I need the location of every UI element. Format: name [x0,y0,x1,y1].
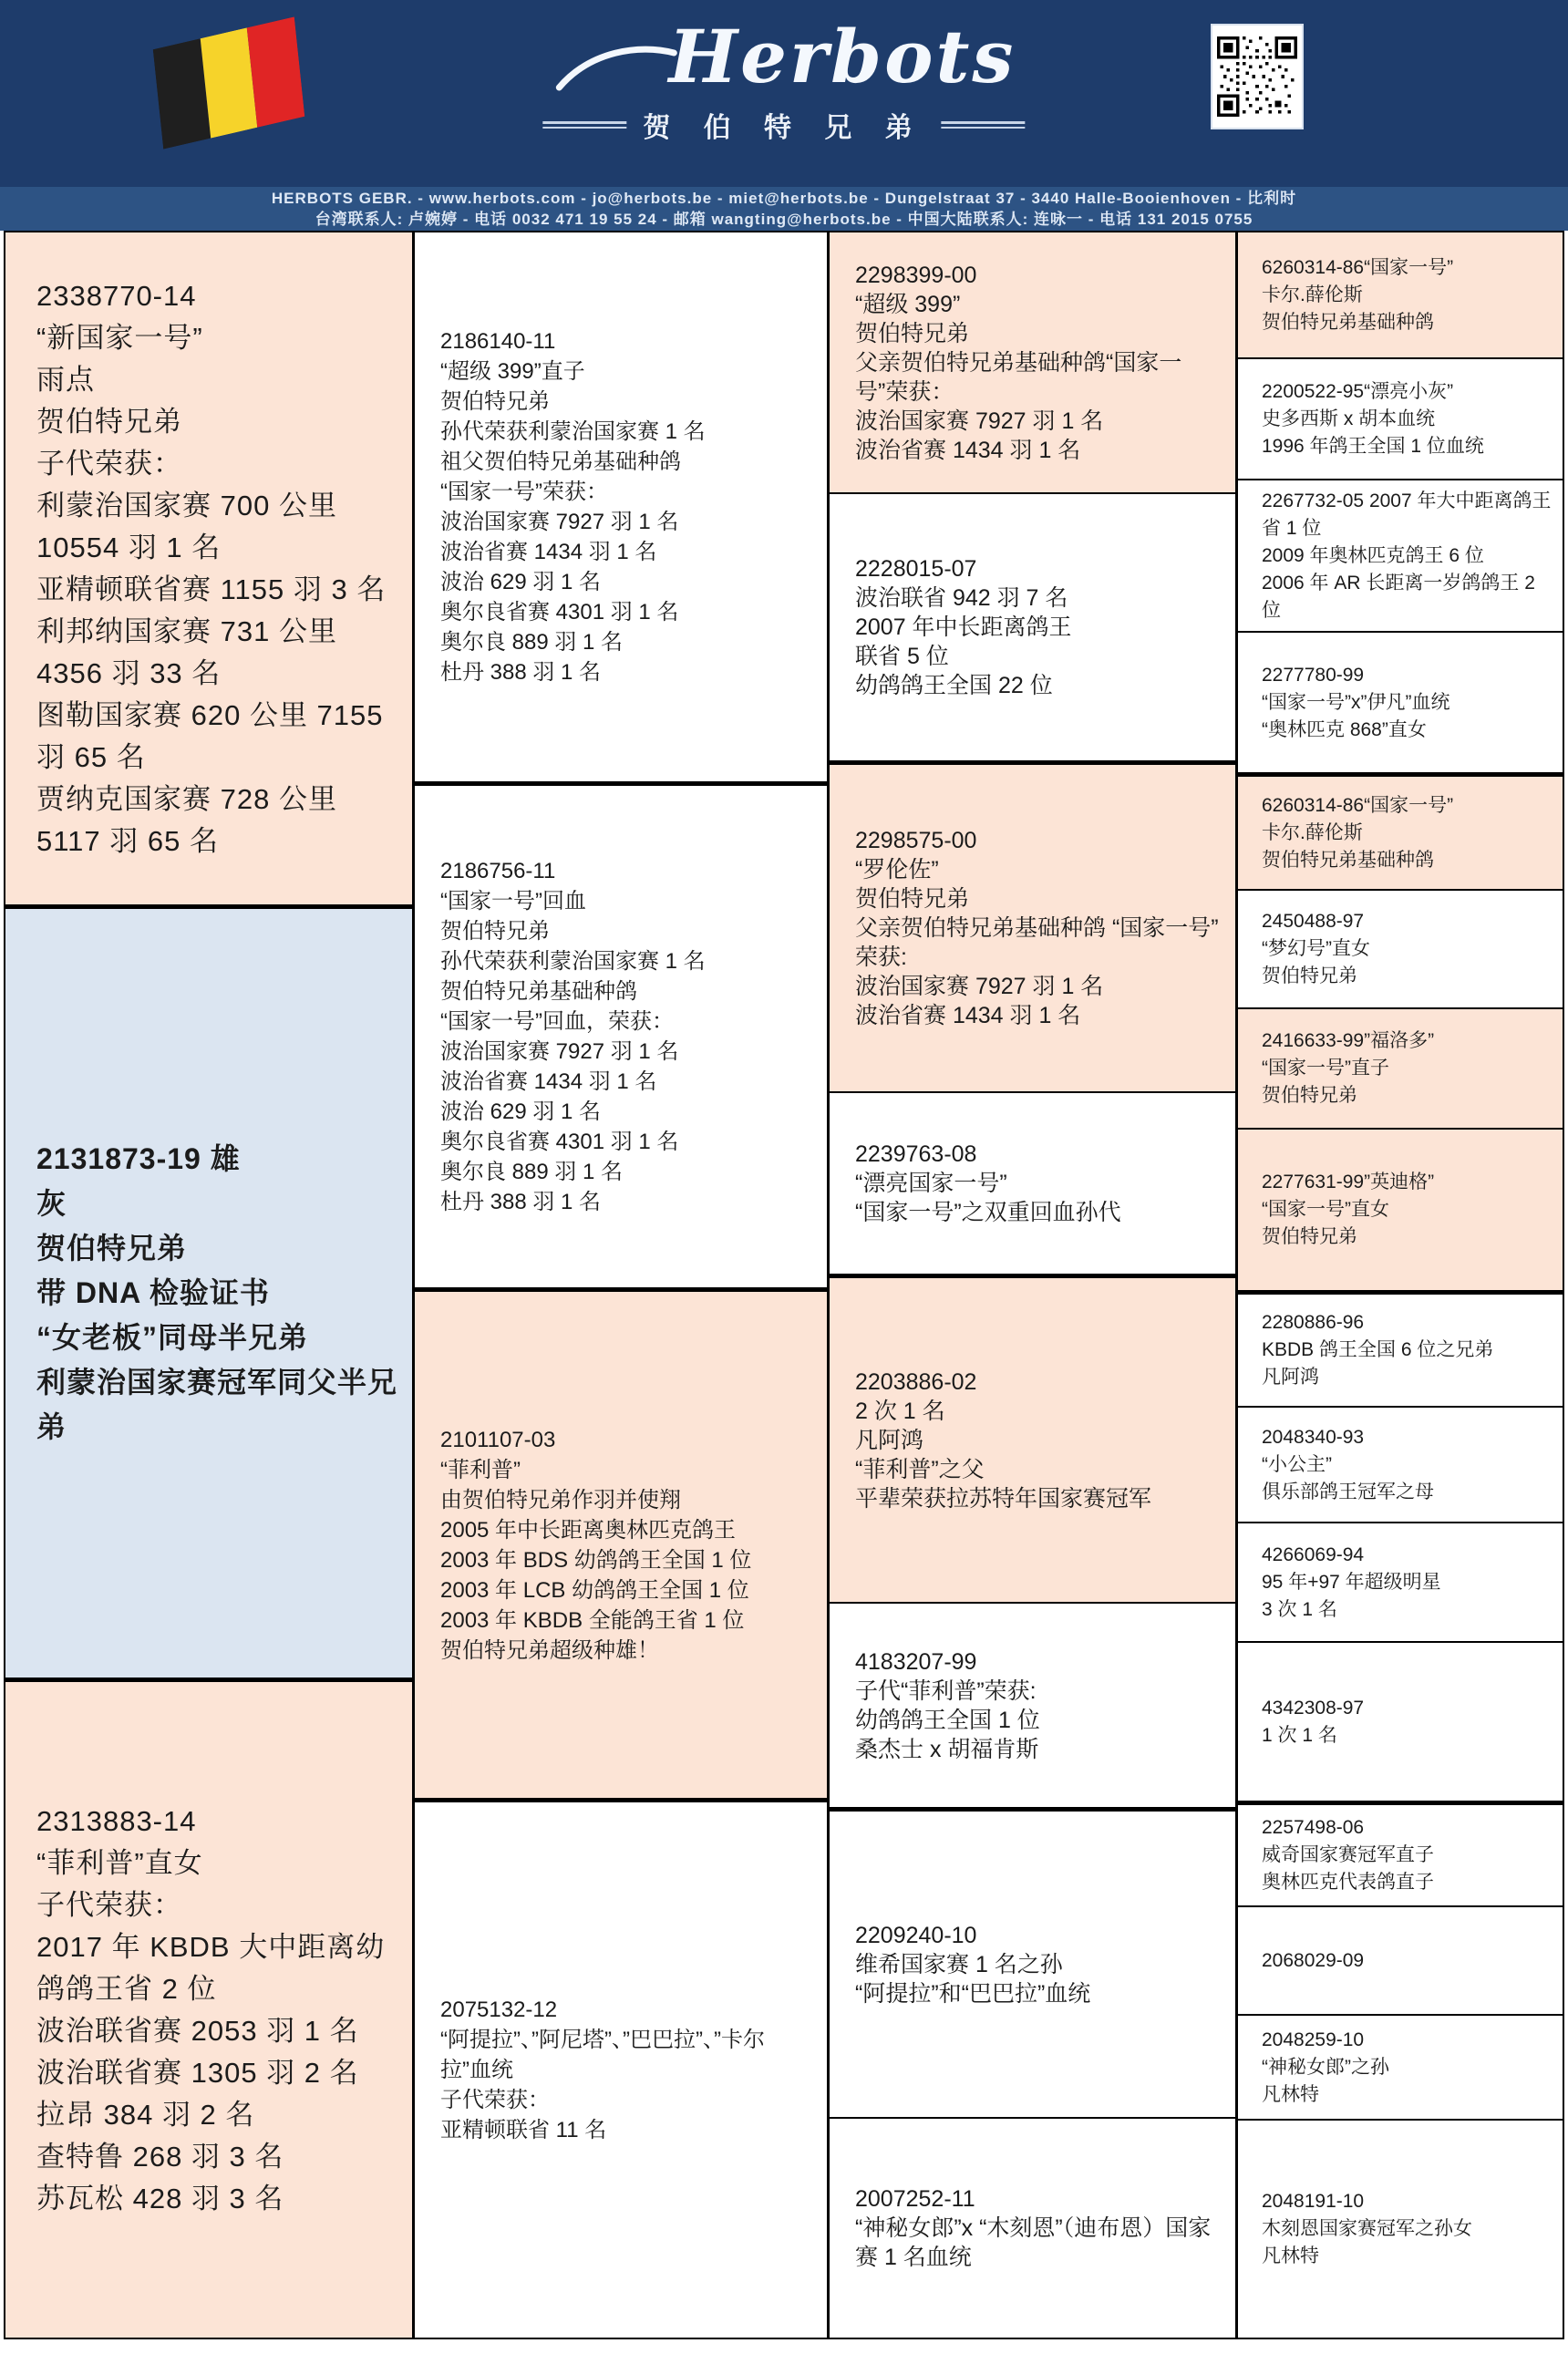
pedigree-text-line: “超级 399” [855,290,1224,319]
pedigree-text-line: 2068029-09 [1262,1947,1553,1975]
pedigree-cell: 2068029-09 [1238,1905,1563,2014]
pedigree-text-line: 2450488-97 [1262,908,1553,935]
pedigree-text-line: 波治联省 942 羽 7 名 [855,583,1224,613]
pedigree-cell: 4266069-9495 年+97 年超级明星3 次 1 名 [1238,1522,1563,1641]
pedigree-text-line: 利蒙治国家赛冠军同父半兄弟 [36,1360,399,1450]
belgium-flag-icon [153,16,305,149]
pedigree-text-line: 2280886-96 [1262,1309,1553,1337]
pedigree-cell: 2450488-97“梦幻号”直女贺伯特兄弟 [1238,889,1563,1007]
pedigree-text-line: 2267732-05 2007 年大中距离鸽王省 1 位 [1262,488,1553,542]
pedigree-text-line: 6260314-86“国家一号” [1262,254,1553,282]
pedigree-text-line: 奥尔良 889 羽 1 名 [440,627,814,657]
pedigree-text-line: 2239763-08 [855,1140,1224,1169]
pedigree-text-line: 贺伯特兄弟 [1262,1082,1553,1110]
pedigree-text-line: 奥尔良省赛 4301 羽 1 名 [440,1127,814,1157]
pedigree-text-line: 波治国家赛 7927 羽 1 名 [855,407,1224,436]
pedigree-text-line: 凡林特 [1262,2081,1553,2109]
pedigree-text-line: 贺伯特兄弟基础种鸽 [1262,847,1553,874]
qr-code-icon [1211,24,1304,129]
pedigree-text-line: 桑杰士 x 胡福肯斯 [855,1735,1224,1764]
pedigree-text-line: 卡尔.薛伦斯 [1262,820,1553,847]
pedigree-text-line: 查特鲁 268 羽 3 名 [36,2136,399,2178]
pedigree-text-line: 贺伯特兄弟 [440,387,814,417]
pedigree-text-line: 子代“菲利普”荣获: [855,1677,1224,1706]
pedigree-cell: 2200522-95“漂亮小灰”史多西斯 x 胡本血统1996 年鸽王全国 1 … [1238,357,1563,479]
pedigree-text-line: 奥尔良 889 羽 1 名 [440,1157,814,1187]
pedigree-text-line: 3 次 1 名 [1262,1596,1553,1624]
pedigree-cell: 6260314-86“国家一号”卡尔.薛伦斯贺伯特兄弟基础种鸽 [1238,232,1563,357]
pedigree-text-line: 亚精顿联省赛 1155 羽 3 名 [36,569,399,611]
pedigree-text-line: 贺伯特兄弟 [855,884,1224,914]
pedigree-text-line: 子代荣获： [36,443,399,485]
pedigree-text-line: “国家一号”回血，荣获： [440,1007,814,1037]
pedigree-table: 2338770-14“新国家一号”雨点贺伯特兄弟子代荣获：利蒙治国家赛 700 … [4,231,1564,2339]
pedigree-text-line: 幼鸽鸽王全国 22 位 [855,671,1224,700]
pedigree-cell: 2186756-11“国家一号”回血贺伯特兄弟孙代荣获利蒙治国家赛 1 名贺伯特… [415,781,827,1287]
pedigree-text-line: 95 年+97 年超级明星 [1262,1569,1553,1596]
pedigree-text-line: “菲利普” [440,1455,814,1485]
pedigree-text-line: 波治省赛 1434 羽 1 名 [440,1067,814,1097]
pedigree-text-line: “新国家一号” [36,317,399,359]
pedigree-text-line: “梦幻号”直女 [1262,935,1553,963]
pedigree-text-line: “国家一号”回血 [440,886,814,916]
pedigree-text-line: 凡阿鸿 [1262,1364,1553,1391]
logo-rule-right [942,121,1026,129]
pedigree-cell: 6260314-86“国家一号”卡尔.薛伦斯贺伯特兄弟基础种鸽 [1238,772,1563,889]
pedigree-text-line: KBDB 鸽王全国 6 位之兄弟 [1262,1337,1553,1364]
pedigree-text-line: 2298399-00 [855,261,1224,290]
contact-band: HERBOTS GEBR. - www.herbots.com - jo@her… [0,187,1568,231]
pedigree-text-line: 卡尔.薛伦斯 [1262,282,1553,309]
pedigree-cell: 2239763-08“漂亮国家一号”“国家一号”之双重回血孙代 [830,1091,1235,1274]
pedigree-text-line: 2003 年 KBDB 全能鸽王省 1 位 [440,1605,814,1636]
pedigree-text-line: 木刻恩国家赛冠军之孙女 [1262,2215,1553,2243]
pedigree-text-line: 波治省赛 1434 羽 1 名 [855,1001,1224,1030]
pedigree-text-line: 波治省赛 1434 羽 1 名 [855,436,1224,465]
pedigree-cell: 2277780-99“国家一号”x”伊凡”血统“奥林匹克 868”直女 [1238,631,1563,772]
pedigree-cell: 2075132-12“阿提拉”、”阿尼塔”、”巴巴拉”、”卡尔拉”血统子代荣获：… [415,1798,827,2338]
pedigree-text-line: 由贺伯特兄弟作羽并使翔 [440,1485,814,1515]
pedigree-text-line: 2005 年中长距离奥林匹克鸽王 [440,1515,814,1545]
pedigree-text-line: 贺伯特兄弟 [1262,1223,1553,1251]
pedigree-text-line: 杜丹 388 羽 1 名 [440,1187,814,1217]
pedigree-text-line: 威奇国家赛冠军直子 [1262,1842,1553,1869]
pedigree-text-line: 2186140-11 [440,326,814,356]
pedigree-text-line: 波治联省赛 1305 羽 2 名 [36,2052,399,2094]
pedigree-text-line: 2101107-03 [440,1425,814,1455]
pedigree-cell: 4183207-99子代“菲利普”荣获:幼鸽鸽王全国 1 位桑杰士 x 胡福肯斯 [830,1602,1235,1807]
pedigree-cell: 2203886-022 次 1 名凡阿鸿“菲利普”之父平辈荣获拉苏特年国家赛冠军 [830,1274,1235,1602]
pedigree-text-line: “奥林匹克 868”直女 [1262,717,1553,744]
pedigree-text-line: 波治省赛 1434 羽 1 名 [440,537,814,567]
pedigree-text-line: “国家一号”x”伊凡”血统 [1262,689,1553,717]
pedigree-text-line: 2298575-00 [855,826,1224,855]
pedigree-text-line: “神秘女郎”x “木刻恩”（迪布恩）国家赛 1 名血统 [855,2214,1224,2272]
pedigree-text-line: “漂亮国家一号” [855,1169,1224,1198]
pedigree-text-line: 1 次 1 名 [1262,1722,1553,1750]
pedigree-text-line: 凡林特 [1262,2243,1553,2270]
subject-bird-cell: 2131873-19 雄灰贺伯特兄弟带 DNA 检验证书“女老板”同母半兄弟利蒙… [5,904,412,1678]
pedigree-text-line: 杜丹 388 羽 1 名 [440,657,814,687]
pedigree-text-line: 2131873-19 雄 [36,1137,399,1182]
pedigree-text-line: 6260314-86“国家一号” [1262,792,1553,820]
pedigree-cell: 2048259-10“神秘女郎”之孙凡林特 [1238,2014,1563,2119]
pedigree-cell: 2228015-07波治联省 942 羽 7 名2007 年中长距离鸽王联省 5… [830,492,1235,760]
pedigree-text-line: 2003 年 BDS 幼鸽鸽王全国 1 位 [440,1545,814,1575]
pedigree-text-line: 父亲贺伯特兄弟基础种鸽 “国家一号” 荣获: [855,914,1224,972]
pedigree-text-line: 贺伯特兄弟 [855,319,1224,348]
pedigree-cell: 2416633-99”福洛多”“国家一号”直子贺伯特兄弟 [1238,1007,1563,1128]
pedigree-text-line: 2048259-10 [1262,2027,1553,2054]
pedigree-text-line: 2017 年 KBDB 大中距离幼鸽鸽王省 2 位 [36,1926,399,2010]
pedigree-cell: 2209240-10维希国家赛 1 名之孙“阿提拉”和“巴巴拉”血统 [830,1807,1235,2117]
pedigree-text-line: 4266069-94 [1262,1542,1553,1569]
pedigree-text-line: “小公主” [1262,1451,1553,1479]
pedigree-text-line: 带 DNA 检验证书 [36,1271,399,1316]
pedigree-text-line: 2277631-99”英迪格” [1262,1169,1553,1196]
pedigree-text-line: 2007 年中长距离鸽王 [855,613,1224,642]
pedigree-text-line: “女老板”同母半兄弟 [36,1316,399,1360]
contact-line-1: HERBOTS GEBR. - www.herbots.com - jo@her… [272,190,1296,208]
pedigree-text-line: 祖父贺伯特兄弟基础种鸽 [440,447,814,477]
header-banner: Herbots 贺 伯 特 兄 弟 [0,0,1568,187]
pedigree-text-line: 父亲贺伯特兄弟基础种鸽“国家一号”荣获： [855,348,1224,407]
pedigree-text-line: 贺伯特兄弟 [1262,963,1553,990]
pedigree-cell: 2298399-00“超级 399”贺伯特兄弟父亲贺伯特兄弟基础种鸽“国家一号”… [830,232,1235,492]
pedigree-text-line: 2007252-11 [855,2184,1224,2214]
pedigree-text-line: 2313883-14 [36,1801,399,1843]
pedigree-text-line: 2186756-11 [440,856,814,886]
pedigree-text-line: “阿提拉”和“巴巴拉”血统 [855,1979,1224,2008]
pedigree-text-line: 平辈荣获拉苏特年国家赛冠军 [855,1484,1224,1513]
pedigree-text-line: 贺伯特兄弟 [36,401,399,443]
pedigree-cell: 2257498-06威奇国家赛冠军直子奥林匹克代表鸽直子 [1238,1801,1563,1905]
pedigree-text-line: 苏瓦松 428 羽 3 名 [36,2178,399,2220]
pedigree-text-line: 贺伯特兄弟 [440,916,814,946]
pedigree-text-line: 雨点 [36,359,399,401]
pedigree-text-line: “神秘女郎”之孙 [1262,2054,1553,2081]
pedigree-text-line: “国家一号”直女 [1262,1196,1553,1223]
pedigree-text-line: 孙代荣获利蒙治国家赛 1 名 [440,946,814,976]
pedigree-text-line: 贺伯特兄弟超级种雄！ [440,1636,814,1666]
pedigree-text-line: 俱乐部鸽王冠军之母 [1262,1479,1553,1506]
generation-column-great-grandparents: 2298399-00“超级 399”贺伯特兄弟父亲贺伯特兄弟基础种鸽“国家一号”… [827,232,1235,2338]
pedigree-cell: 2048191-10木刻恩国家赛冠军之孙女凡林特 [1238,2119,1563,2338]
pedigree-text-line: “菲利普”直女 [36,1843,399,1884]
pedigree-text-line: 2416633-99”福洛多” [1262,1027,1553,1055]
pedigree-text-line: 孙代荣获利蒙治国家赛 1 名 [440,417,814,447]
pedigree-text-line: 2338770-14 [36,275,399,317]
generation-column-subject-and-parents: 2338770-14“新国家一号”雨点贺伯特兄弟子代荣获：利蒙治国家赛 700 … [5,232,412,2338]
pedigree-text-line: “国家一号”荣获： [440,477,814,507]
pedigree-page: Herbots 贺 伯 特 兄 弟 [0,0,1568,2364]
generation-column-great-great-grandparents: 6260314-86“国家一号”卡尔.薛伦斯贺伯特兄弟基础种鸽2200522-9… [1235,232,1563,2338]
pedigree-text-line: 幼鸽鸽王全国 1 位 [855,1706,1224,1735]
brand-chinese: 贺 伯 特 兄 弟 [643,105,924,145]
pedigree-cell: 2267732-05 2007 年大中距离鸽王省 1 位2009 年奥林匹克鸽王… [1238,479,1563,631]
pedigree-text-line: 亚精顿联省 11 名 [440,2115,814,2145]
pedigree-text-line: 奥尔良省赛 4301 羽 1 名 [440,597,814,627]
pedigree-text-line: 波治 629 羽 1 名 [440,1097,814,1127]
pedigree-text-line: 凡阿鸿 [855,1426,1224,1455]
pedigree-text-line: 4183207-99 [855,1647,1224,1677]
pedigree-text-line: 2048191-10 [1262,2188,1553,2215]
pedigree-text-line: 2006 年 AR 长距离一岁鸽鸽王 2 位 [1262,570,1553,625]
pedigree-text-line: 2209240-10 [855,1921,1224,1950]
pedigree-text-line: 子代荣获： [36,1884,399,1926]
pedigree-cell: 2313883-14“菲利普”直女子代荣获：2017 年 KBDB 大中距离幼鸽… [5,1678,412,2338]
pedigree-text-line: 1996 年鸽王全国 1 位血统 [1262,433,1553,460]
pedigree-text-line: 利蒙治国家赛 700 公里 10554 羽 1 名 [36,485,399,569]
pedigree-text-line: 2075132-12 [440,1995,814,2025]
pedigree-text-line: 波治联省赛 2053 羽 1 名 [36,2010,399,2052]
pedigree-text-line: 贺伯特兄弟基础种鸽 [1262,309,1553,336]
generation-column-grandparents: 2186140-11“超级 399”直子贺伯特兄弟孙代荣获利蒙治国家赛 1 名祖… [412,232,827,2338]
pedigree-cell: 2338770-14“新国家一号”雨点贺伯特兄弟子代荣获：利蒙治国家赛 700 … [5,232,412,904]
pedigree-text-line: “菲利普”之父 [855,1455,1224,1484]
logo-rule-left [542,121,626,129]
pedigree-text-line: 2257498-06 [1262,1814,1553,1842]
pedigree-text-line: 贺伯特兄弟 [36,1226,399,1271]
pedigree-text-line: 2277780-99 [1262,662,1553,689]
pedigree-text-line: 波治国家赛 7927 羽 1 名 [440,507,814,537]
pedigree-text-line: 2048340-93 [1262,1424,1553,1451]
pedigree-text-line: 4342308-97 [1262,1695,1553,1722]
brand-wordmark: Herbots [669,15,1016,98]
pedigree-text-line: 2009 年奥林匹克鸽王 6 位 [1262,542,1553,570]
herbots-logo: Herbots 贺 伯 特 兄 弟 [542,9,1025,145]
pedigree-text-line: 维希国家赛 1 名之孙 [855,1950,1224,1979]
pedigree-text-line: “国家一号”直子 [1262,1055,1553,1082]
pedigree-text-line: 波治国家赛 7927 羽 1 名 [440,1037,814,1067]
pedigree-text-line: 波治国家赛 7927 羽 1 名 [855,972,1224,1001]
pedigree-text-line: “国家一号”之双重回血孙代 [855,1198,1224,1227]
pedigree-text-line: 贾纳克国家赛 728 公里 5117 羽 65 名 [36,779,399,862]
pedigree-text-line: 2228015-07 [855,554,1224,583]
contact-line-2: 台湾联系人: 卢婉婷 - 电话 0032 471 19 55 24 - 邮箱 w… [315,211,1253,229]
pedigree-text-line: 灰 [36,1182,399,1226]
pedigree-text-line: 波治 629 羽 1 名 [440,567,814,597]
pedigree-cell: 2298575-00“罗伦佐”贺伯特兄弟父亲贺伯特兄弟基础种鸽 “国家一号” 荣… [830,760,1235,1091]
pedigree-text-line: 拉昂 384 羽 2 名 [36,2094,399,2136]
pedigree-text-line: 2200522-95“漂亮小灰” [1262,378,1553,406]
pedigree-cell: 2280886-96KBDB 鸽王全国 6 位之兄弟凡阿鸿 [1238,1290,1563,1406]
pedigree-text-line: “罗伦佐” [855,855,1224,884]
pedigree-text-line: 子代荣获： [440,2085,814,2115]
pedigree-text-line: 2003 年 LCB 幼鸽鸽王全国 1 位 [440,1575,814,1605]
pedigree-text-line: “阿提拉”、”阿尼塔”、”巴巴拉”、”卡尔拉”血统 [440,2025,814,2085]
pedigree-text-line: 贺伯特兄弟基础种鸽 [440,976,814,1007]
pedigree-text-line: 利邦纳国家赛 731 公里 4356 羽 33 名 [36,611,399,695]
pedigree-text-line: 2 次 1 名 [855,1397,1224,1426]
pedigree-cell: 2007252-11“神秘女郎”x “木刻恩”（迪布恩）国家赛 1 名血统 [830,2117,1235,2338]
pedigree-cell: 2101107-03“菲利普”由贺伯特兄弟作羽并使翔2005 年中长距离奥林匹克… [415,1287,827,1798]
pedigree-cell: 2277631-99”英迪格”“国家一号”直女贺伯特兄弟 [1238,1128,1563,1290]
pedigree-text-line: 史多西斯 x 胡本血统 [1262,406,1553,433]
logo-swoosh-icon [552,40,680,103]
pedigree-text-line: 图勒国家赛 620 公里 7155 羽 65 名 [36,695,399,779]
pedigree-text-line: “超级 399”直子 [440,356,814,387]
pedigree-cell: 2048340-93“小公主”俱乐部鸽王冠军之母 [1238,1406,1563,1522]
pedigree-text-line: 联省 5 位 [855,642,1224,671]
pedigree-cell: 2186140-11“超级 399”直子贺伯特兄弟孙代荣获利蒙治国家赛 1 名祖… [415,232,827,781]
pedigree-text-line: 2203886-02 [855,1368,1224,1397]
pedigree-text-line: 奥林匹克代表鸽直子 [1262,1869,1553,1896]
pedigree-cell: 4342308-971 次 1 名 [1238,1641,1563,1801]
